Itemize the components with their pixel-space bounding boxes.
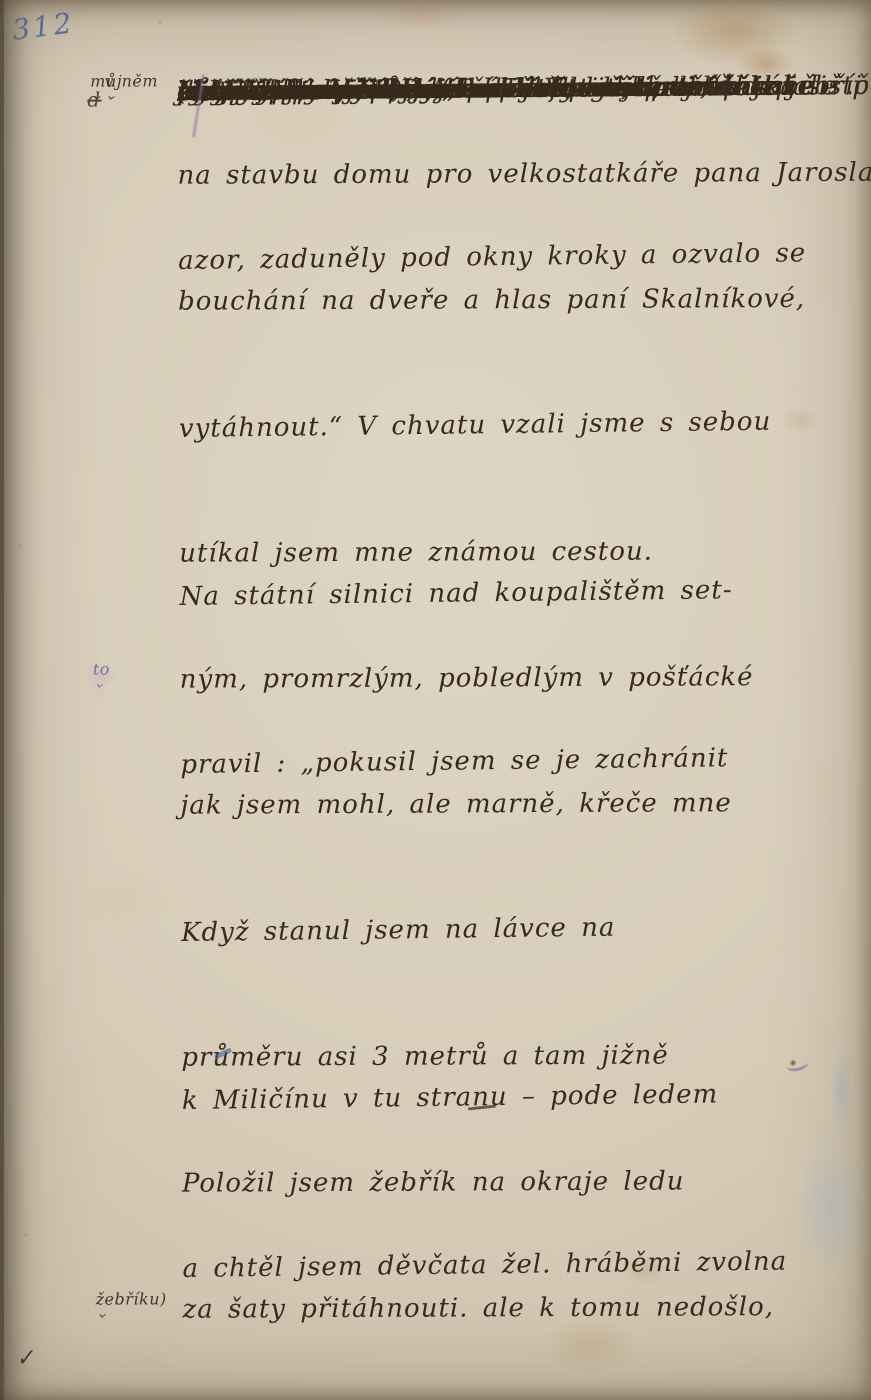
manuscript-line: jak jsem mohl, ale marně, křeče mne bbox=[90, 749, 852, 791]
manuscript-line: ným, promrzlým, pobledlým v pošťácké bbox=[90, 623, 852, 665]
handwritten-text: ným, promrzlým, pobledlým v pošťácké bbox=[180, 655, 871, 700]
handwritten-text: na stavbu domu pro velkostatkáře pana Ja… bbox=[177, 151, 871, 196]
handwritten-text: Na státní silnici nad koupalištěm set- bbox=[179, 567, 871, 618]
handwritten-text: k Miličínu v tu stranu – pode ledem bbox=[182, 1071, 871, 1122]
manuscript-line: vytáhnout.“ V chvatu vzali jsme s sebou bbox=[88, 367, 850, 415]
manuscript-line: utíkal jsem mne známou cestou. bbox=[89, 497, 851, 539]
manuscript-line: na stavbu domu pro velkostatkáře pana Ja… bbox=[88, 119, 850, 161]
manuscript-line: Když stanul jsem na lávce na bbox=[91, 871, 853, 919]
handwritten-text: bouchání na dveře a hlas paní Skalníkové… bbox=[178, 277, 871, 322]
handwritten-text: jak jsem mohl, ale marně, křeče mne bbox=[180, 781, 871, 826]
manuscript-page: 312 Nad silnicí nad koupalištěm o samotě… bbox=[0, 0, 871, 1400]
manuscript-line: já ocitl se v ledové vodě. bbox=[93, 1334, 855, 1379]
manuscript-line: Položil jsem žebřík na okraje ledu bbox=[92, 1127, 854, 1169]
handwritten-text: Když stanul jsem na lávce na bbox=[181, 903, 871, 954]
page-number: 312 bbox=[10, 6, 76, 46]
manuscript-line: zamrzlé a před lávkou otvor v ledu o bbox=[91, 956, 853, 1001]
manuscript-line: za šaty přitáhnouti. ale k tomu nedošlo, bbox=[92, 1253, 854, 1295]
manuscript-line: průměru asi 3 metrů a tam jižně bbox=[91, 1001, 853, 1043]
manuscript-line: Natáhl jsem si vysoké boty gumové, a s ž… bbox=[89, 452, 851, 497]
manuscript-line: a chtěl jsem děvčata žel. hráběmi zvolna bbox=[92, 1207, 854, 1255]
manuscript-line: azor, zaduněly pod okny kroky a ozvalo s… bbox=[88, 199, 850, 247]
handwritten-text: vytáhnout.“ V chvatu vzali jsme s sebou bbox=[179, 399, 871, 450]
manuscript-line: pravil : „pokusil jsem se je zachránit bbox=[90, 703, 852, 751]
manuscript-line: ty.“ bbox=[91, 830, 853, 875]
handwritten-text: já ocitl se v ledové vodě. bbox=[177, 64, 871, 113]
handwritten-text: Položil jsem žebřík na okraje ledu bbox=[182, 1159, 871, 1204]
manuscript-line: Na státní silnici nad koupalištěm set- bbox=[89, 535, 851, 583]
handwritten-text: za šaty přitáhnouti. ale k tomu nedošlo, bbox=[182, 1285, 871, 1330]
manuscript-text: Nad silnicí nad koupalištěm o samotěstoj… bbox=[87, 32, 855, 1379]
manuscript-line: bouchání na dveře a hlas paní Skalníkové… bbox=[88, 245, 850, 287]
struck-out-text: d bbox=[87, 88, 101, 112]
manuscript-line: k Miličínu v tu stranu – pode ledem bbox=[91, 1039, 853, 1087]
manuscript-line: se utopily děti, jsou pod ledem pojďte j… bbox=[88, 326, 850, 371]
checkmark: ✓ bbox=[14, 1345, 36, 1372]
